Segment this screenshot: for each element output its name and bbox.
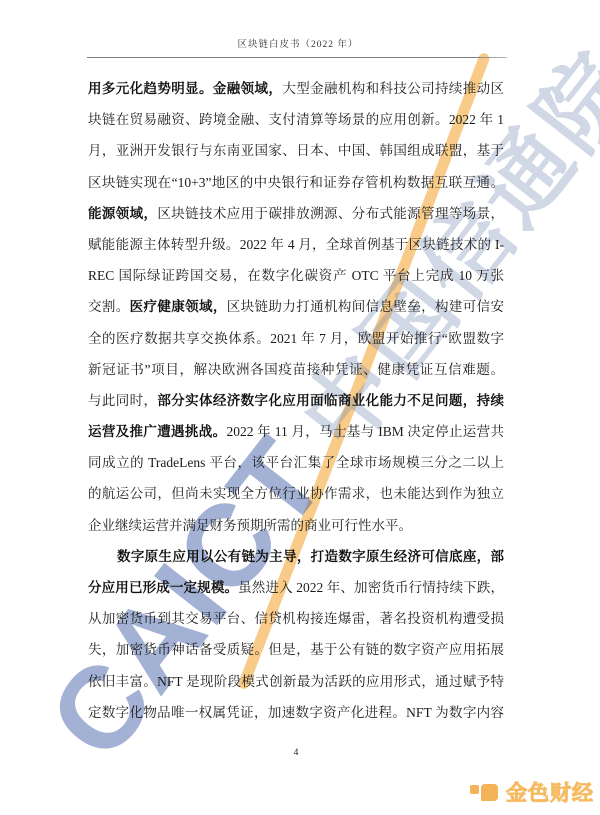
text-line: 数字原生应用以公有链为主导，打造数字原生经济可信底座，部: [88, 541, 504, 572]
text-line: 交割。医疗健康领域，区块链助力打通机构间信息壁垒，构建可信安: [88, 291, 504, 322]
text-segment: 虽然进入 2022 年、加密货币行情持续下跌，: [238, 580, 504, 595]
logo-small-square: [470, 785, 479, 794]
golden-finance-logo-icon: [470, 778, 498, 806]
text-line: 区块链实现在“10+3”地区的中央银行和证券存管机构数据互联互通。: [88, 167, 504, 198]
text-segment: 定数字化物品唯一权属凭证，加速数字资产化进程。NFT 为数字内容: [88, 705, 504, 720]
bold-text-segment: 运营及推广遭遇挑战。: [88, 424, 226, 439]
text-segment: 月，亚洲开发银行与东南亚国家、日本、中国、韩国组成联盟，基于: [88, 143, 504, 158]
text-segment: 大型金融机构和科技公司持续推动区: [282, 81, 504, 96]
text-line: 失，加密货币神话备受质疑。但是，基于公有链的数字资产应用拓展: [88, 634, 504, 665]
text-line: 企业继续运营并满足财务预期所需的商业可行性水平。: [88, 510, 504, 541]
text-line: 与此同时，部分实体经济数字化应用面临商业化能力不足问题，持续: [88, 385, 504, 416]
text-segment: 赋能能源主体转型升级。2022 年 4 月，全球首例基于区块链技术的 I-: [88, 237, 504, 252]
logo-big-square: [481, 784, 498, 801]
brand-watermark: 金色财经: [470, 777, 594, 807]
text-segment: 从加密货币到其交易平台、信贷机构接连爆雷，著名投资机构遭受损: [88, 611, 504, 626]
text-segment: 交割。: [88, 299, 130, 314]
page-header-title: 区块链白皮书（2022 年）: [88, 36, 508, 50]
text-segment: 全的医疗数据共享交换体系。2021 年 7 月，欧盟开始推行“欧盟数字: [88, 331, 504, 346]
text-line: 同成立的 TradeLens 平台，该平台汇集了全球市场规模三分之二以上: [88, 447, 504, 478]
text-line: 能源领域，区块链技术应用于碳排放溯源、分布式能源管理等场景，: [88, 198, 504, 229]
text-line: 赋能能源主体转型升级。2022 年 4 月，全球首例基于区块链技术的 I-: [88, 229, 504, 260]
text-line: 分应用已形成一定规模。虽然进入 2022 年、加密货币行情持续下跌，: [88, 572, 504, 603]
text-segment: 新冠证书”项目，解决欧洲各国疫苗接种凭证、健康凭证互信难题。: [88, 362, 504, 377]
text-segment: REC 国际绿证跨国交易，在数字化碳资产 OTC 平台上完成 10 万张: [88, 268, 504, 283]
bold-text-segment: 分应用已形成一定规模。: [88, 580, 238, 595]
body-text: 用多元化趋势明显。金融领域，大型金融机构和科技公司持续推动区块链在贸易融资、跨境…: [88, 73, 504, 728]
text-line: 新冠证书”项目，解决欧洲各国疫苗接种凭证、健康凭证互信难题。: [88, 354, 504, 385]
text-segment: 块链在贸易融资、跨境金融、支付清算等场景的应用创新。2022 年 1: [88, 112, 504, 127]
text-line: 的航运公司，但尚未实现全方位行业协作需求，也未能达到作为独立: [88, 478, 504, 509]
text-line: 月，亚洲开发银行与东南亚国家、日本、中国、韩国组成联盟，基于: [88, 135, 504, 166]
header-divider-line: [87, 57, 507, 58]
text-segment: 企业继续运营并满足财务预期所需的商业可行性水平。: [88, 518, 412, 533]
text-line: 运营及推广遭遇挑战。2022 年 11 月，马士基与 IBM 决定停止运营共: [88, 416, 504, 447]
text-segment: 依旧丰富。NFT 是现阶段模式创新最为活跃的应用形式，通过赋予特: [88, 674, 504, 689]
text-line: 依旧丰富。NFT 是现阶段模式创新最为活跃的应用形式，通过赋予特: [88, 666, 504, 697]
text-line: 块链在贸易融资、跨境金融、支付清算等场景的应用创新。2022 年 1: [88, 104, 504, 135]
text-line: 从加密货币到其交易平台、信贷机构接连爆雷，著名投资机构遭受损: [88, 603, 504, 634]
text-line: REC 国际绿证跨国交易，在数字化碳资产 OTC 平台上完成 10 万张: [88, 260, 504, 291]
text-line: 全的医疗数据共享交换体系。2021 年 7 月，欧盟开始推行“欧盟数字: [88, 323, 504, 354]
text-segment: 同成立的 TradeLens 平台，该平台汇集了全球市场规模三分之二以上: [88, 455, 504, 470]
bold-text-segment: 用多元化趋势明显。金融领域，: [88, 81, 282, 96]
document-page: CAICT 中国信通院 区块链白皮书（2022 年） 用多元化趋势明显。金融领域…: [0, 0, 600, 815]
brand-label: 金色财经: [506, 777, 594, 807]
bold-text-segment: 医疗健康领域，: [130, 299, 227, 314]
page-number: 4: [88, 748, 504, 758]
text-segment: 区块链技术应用于碳排放溯源、分布式能源管理等场景，: [157, 206, 504, 221]
bold-text-segment: 数字原生应用以公有链为主导，打造数字原生经济可信底座，部: [117, 549, 504, 564]
text-segment: 区块链实现在“10+3”地区的中央银行和证券存管机构数据互联互通。: [88, 175, 504, 190]
text-line: 定数字化物品唯一权属凭证，加速数字资产化进程。NFT 为数字内容: [88, 697, 504, 728]
text-segment: 区块链助力打通机构间信息壁垒，构建可信安: [227, 299, 504, 314]
text-line: 用多元化趋势明显。金融领域，大型金融机构和科技公司持续推动区: [88, 73, 504, 104]
text-segment: 的航运公司，但尚未实现全方位行业协作需求，也未能达到作为独立: [88, 486, 504, 501]
text-segment: 与此同时，: [88, 393, 157, 408]
text-segment: 失，加密货币神话备受质疑。但是，基于公有链的数字资产应用拓展: [88, 642, 504, 657]
bold-text-segment: 能源领域，: [88, 206, 157, 221]
bold-text-segment: 部分实体经济数字化应用面临商业化能力不足问题，持续: [157, 393, 504, 408]
text-segment: 2022 年 11 月，马士基与 IBM 决定停止运营共: [226, 424, 504, 439]
